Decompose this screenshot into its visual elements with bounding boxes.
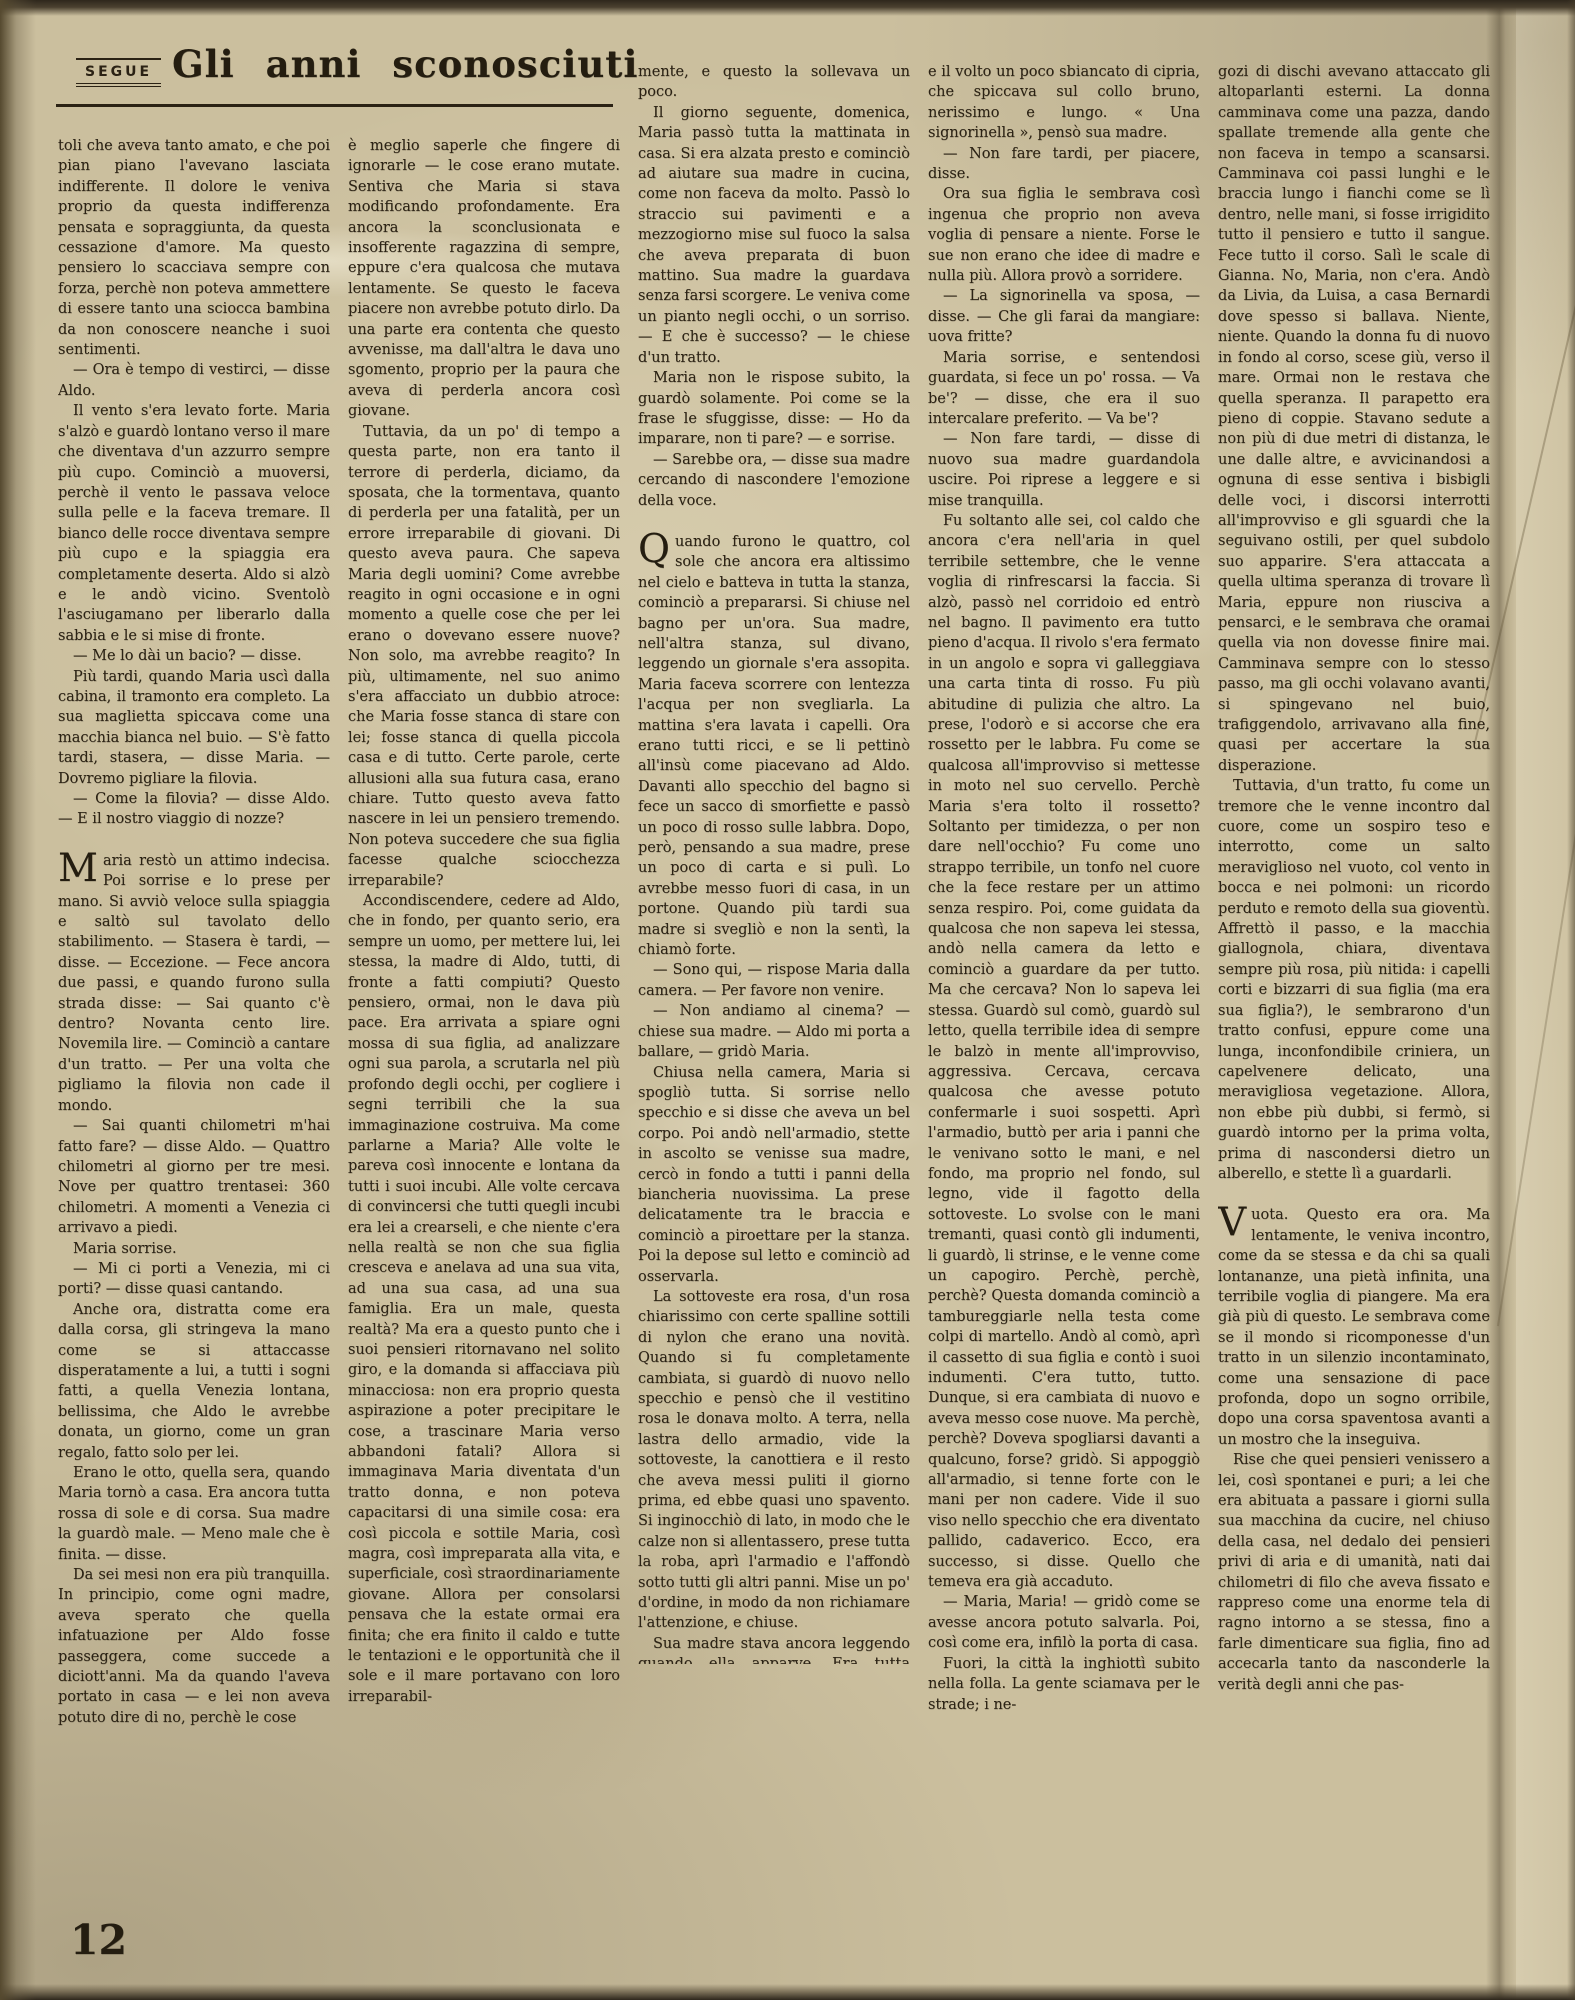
page-curl-area: [1516, 0, 1575, 2000]
paragraph: gozi di dischi avevano attaccato gli alt…: [1218, 62, 1490, 776]
text-column: mente, e questo la sollevava un poco.Il …: [638, 62, 910, 1664]
drop-cap: M: [58, 851, 103, 884]
paragraph: Da sei mesi non era più tranquilla. In p…: [58, 1565, 330, 1728]
text-column: è meglio saperle che fingere di ignorarl…: [348, 136, 620, 1922]
paragraph: Maria sorrise, e sentendosi guardata, si…: [928, 348, 1200, 430]
text-column: e il volto un poco sbiancato di cipria, …: [928, 62, 1200, 1920]
paragraph: Erano le otto, quella sera, quando Maria…: [58, 1463, 330, 1565]
page-edge-top: [0, 0, 1575, 16]
paragraph: Più tardi, quando Maria uscì dalla cabin…: [58, 667, 330, 789]
paragraph: Tuttavia, d'un tratto, fu come un tremor…: [1218, 776, 1490, 1184]
page-edge-right: [1567, 0, 1575, 2000]
paragraph: — Mi ci porti a Venezia, mi ci porti? — …: [58, 1259, 330, 1300]
paragraph: Fu soltanto alle sei, col caldo che anco…: [928, 511, 1200, 1593]
paragraph: è meglio saperle che fingere di ignorarl…: [348, 136, 620, 422]
paragraph: — Sarebbe ora, — disse sua madre cercand…: [638, 450, 910, 511]
paragraph: mente, e questo la sollevava un poco.: [638, 62, 910, 103]
paragraph: — La signorinella va sposa, — disse. — C…: [928, 286, 1200, 347]
magazine-page: SEGUE Gli anni sconosciuti toli che avev…: [0, 0, 1575, 2000]
paragraph: toli che aveva tanto amato, e che poi pi…: [58, 136, 330, 360]
paragraph: — Sono qui, — rispose Maria dalla camera…: [638, 960, 910, 1001]
drop-cap: V: [1218, 1205, 1251, 1238]
paragraph: Il vento s'era levato forte. Maria s'alz…: [58, 401, 330, 646]
paragraph: Tuttavia, da un po' di tempo a questa pa…: [348, 422, 620, 891]
page-curl-line: [1497, 694, 1575, 1326]
paragraph: e il volto un poco sbiancato di cipria, …: [928, 62, 1200, 144]
paragraph: Ora sua figlia le sembrava così ingenua …: [928, 184, 1200, 286]
paragraph: — Ora è tempo di vestirci, — disse Aldo.: [58, 360, 330, 401]
paragraph: Maria restò un attimo indecisa. Poi sorr…: [58, 851, 330, 1116]
paragraph: Rise che quei pensieri venissero a lei, …: [1218, 1450, 1490, 1695]
page-title: Gli anni sconosciuti: [172, 42, 638, 86]
page-number: 12: [70, 1916, 127, 1964]
paragraph: Accondiscendere, cedere ad Aldo, che in …: [348, 891, 620, 1707]
paragraph: — Non fare tardi, — disse di nuovo sua m…: [928, 429, 1200, 511]
paragraph: — Me lo dài un bacio? — disse.: [58, 646, 330, 666]
paragraph: Chiusa nella camera, Maria si spogliò tu…: [638, 1063, 910, 1287]
paragraph: — Maria, Maria! — gridò come se avesse a…: [928, 1592, 1200, 1653]
text-column: toli che aveva tanto amato, e che poi pi…: [58, 136, 330, 1922]
paragraph: Maria sorrise.: [58, 1239, 330, 1259]
paragraph: Quando furono le quattro, col sole che a…: [638, 532, 910, 961]
page-fold-shadow: [1486, 0, 1516, 2000]
paragraph: — Non andiamo al cinema? — chiese sua ma…: [638, 1001, 910, 1062]
header-rule: [56, 104, 613, 107]
page-edge-left: [0, 0, 36, 2000]
paragraph: La sottoveste era rosa, d'un rosa chiari…: [638, 1287, 910, 1634]
page-edge-bottom: [0, 1984, 1575, 2000]
paragraph: — Sai quanti chilometri m'hai fatto fare…: [58, 1116, 330, 1238]
paragraph: — Non fare tardi, per piacere, disse.: [928, 144, 1200, 185]
paragraph: Il giorno seguente, domenica, Maria pass…: [638, 103, 910, 368]
paragraph: Fuori, la città la inghiottì subito nell…: [928, 1654, 1200, 1715]
paragraph: Anche ora, distratta come era dalla cors…: [58, 1300, 330, 1463]
paragraph: Vuota. Questo era ora. Ma lentamente, le…: [1218, 1205, 1490, 1450]
paragraph: Sua madre stava ancora leggendo quando e…: [638, 1634, 910, 1664]
paragraph: Maria non le rispose subito, la guardò s…: [638, 368, 910, 450]
segue-badge: SEGUE: [76, 58, 161, 87]
paragraph: — Come la filovia? — disse Aldo. — E il …: [58, 789, 330, 830]
drop-cap: Q: [638, 532, 675, 565]
text-column: gozi di dischi avevano attaccato gli alt…: [1218, 62, 1490, 1920]
